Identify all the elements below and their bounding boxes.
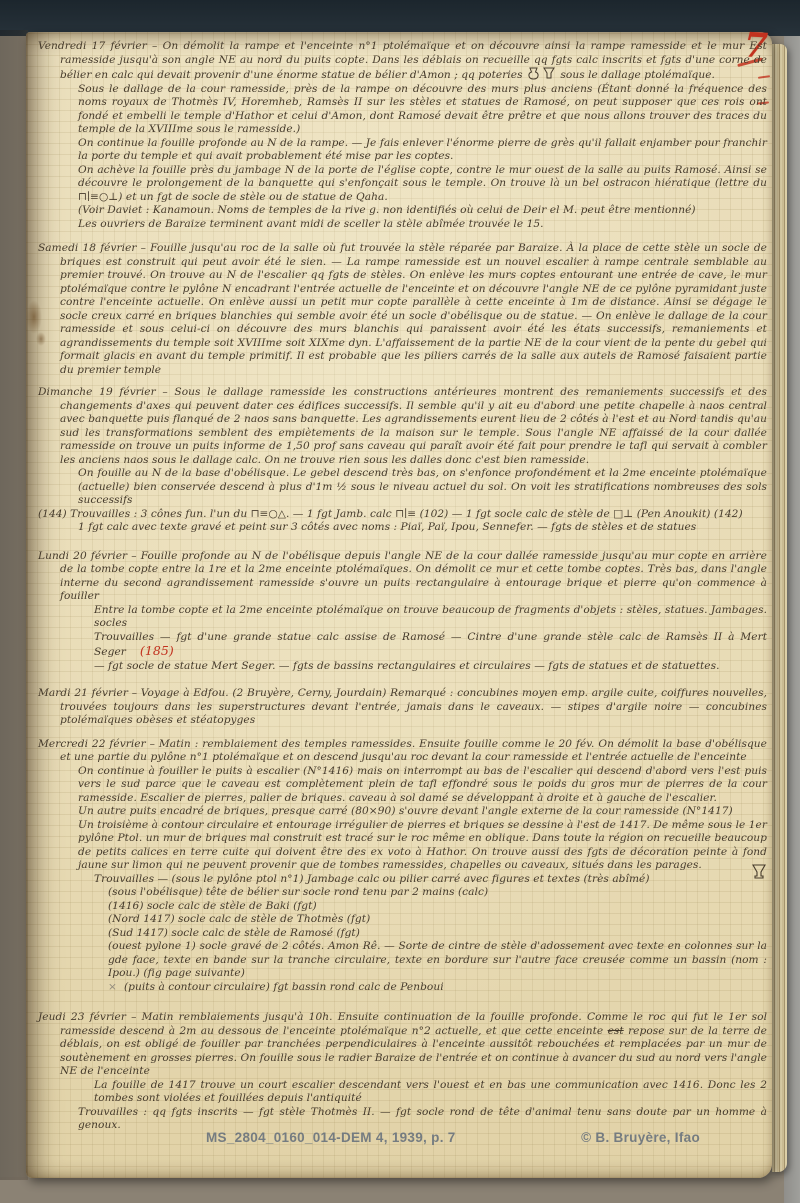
entry-paragraph: On continue la fouille profonde au N de … [38, 137, 767, 164]
entry-paragraph: La fouille de 1417 trouve un court escal… [38, 1079, 767, 1106]
entry-paragraph: Mercredi 22 février – Matin : remblaieme… [38, 738, 767, 765]
entry-paragraph: Un autre puits encadré de briques, presq… [38, 805, 767, 819]
entry-text: Voyage à Edfou. (2 Bruyère, Cerny, Jourd… [60, 687, 767, 726]
entry-paragraph: Trouvailles — (sous le pylône ptol n°1) … [38, 873, 767, 887]
pottery-sketch-icon [543, 67, 555, 80]
entry-paragraph: Mardi 21 février – Voyage à Edfou. (2 Br… [38, 687, 767, 728]
diary-entry-wednesday-22: Mercredi 22 février – Matin : remblaieme… [38, 738, 767, 995]
diary-content: Vendredi 17 février – On démolit la ramp… [38, 40, 767, 1133]
entry-paragraph: (ouest pylone 1) socle gravé de 2 côtés.… [38, 940, 767, 981]
entry-paragraph: (Sud 1417) socle calc de stèle de Ramosé… [38, 927, 767, 941]
entry-date: Mercredi 22 février – [38, 738, 155, 750]
entry-paragraph: Trouvailles — fgt d'une grande statue ca… [38, 631, 767, 660]
entry-date: Vendredi 17 février – [38, 40, 157, 52]
entry-paragraph: On continue à fouiller le puits à escali… [38, 765, 767, 806]
entry-paragraph: — fgt socle de statue Mert Seger. — fgts… [38, 660, 767, 674]
watermark-caption: MS_2804_0160_014-DEM 4, 1939, p. 7 © B. … [206, 1130, 700, 1145]
entry-paragraph: Jeudi 23 février – Matin remblaiements j… [38, 1011, 767, 1079]
entry-paragraph: (144) Trouvailles : 3 cônes fun. l'un du… [38, 508, 767, 522]
struck-word: est [608, 1025, 624, 1037]
diary-entry-monday-20: Lundi 20 février – Fouille profonde au N… [38, 550, 767, 674]
entry-paragraph: Les ouvriers de Baraize terminent avant … [38, 218, 767, 232]
red-reference-number: (185) [140, 643, 174, 658]
entry-paragraph: Lundi 20 février – Fouille profonde au N… [38, 550, 767, 604]
photo-background: 7 Vendredi 17 février – On démolit la ra… [0, 0, 800, 1203]
entry-paragraph: Sous le dallage de la cour ramesside, pr… [38, 83, 767, 137]
entry-paragraph: Un troisième à contour circulaire et ent… [38, 819, 767, 873]
entry-text: Fouille jusqu'au roc de la salle où fut … [60, 242, 767, 376]
calice-sketch-icon [752, 864, 766, 883]
entry-text: Trouvailles — fgt d'une grande statue ca… [94, 631, 767, 659]
entry-paragraph: (Nord 1417) socle calc de stèle de Thotm… [38, 913, 767, 927]
entry-paragraph: (1416) socle calc de stèle de Baki (fgt) [38, 900, 767, 914]
entry-paragraph: Vendredi 17 février – On démolit la ramp… [38, 40, 767, 83]
margin-cross-mark: × [108, 981, 117, 993]
entry-text: sous le dallage ptolémaïque. [560, 69, 715, 81]
diary-entry-thursday-23: Jeudi 23 février – Matin remblaiements j… [38, 1011, 767, 1133]
entry-date: Jeudi 23 février – [38, 1011, 136, 1023]
diary-entry-friday-17: Vendredi 17 février – On démolit la ramp… [38, 40, 767, 231]
diary-entry-tuesday-21: Mardi 21 février – Voyage à Edfou. (2 Br… [38, 687, 767, 728]
watermark-id-text: MS_2804_0160_014-DEM 4, 1939, p. 7 [206, 1130, 456, 1145]
photo-background-bottom [0, 1177, 800, 1203]
entry-paragraph: Trouvailles : qq fgts inscrits — fgt stè… [38, 1106, 767, 1133]
entry-paragraph: ×(puits à contour circulaire) fgt bassin… [38, 981, 767, 995]
entry-text: Fouille profonde au N de l'obélisque dep… [60, 550, 767, 603]
entry-paragraph: (Voir Daviet : Kanamoun. Noms de temples… [38, 204, 767, 218]
entry-paragraph: Samedi 18 février – Fouille jusqu'au roc… [38, 242, 767, 377]
entry-date: Samedi 18 février – [38, 242, 146, 254]
photo-background-top [0, 0, 800, 36]
entry-text: (puits à contour circulaire) fgt bassin … [124, 981, 444, 993]
binding-shadow [0, 30, 28, 1180]
entry-paragraph: Dimanche 19 février – Sous le dallage ra… [38, 386, 767, 467]
pottery-sketch-icon [528, 67, 539, 80]
notebook-page: 7 Vendredi 17 février – On démolit la ra… [26, 32, 772, 1178]
entry-date: Dimanche 19 février – [38, 386, 168, 398]
diary-entry-sunday-19: Dimanche 19 février – Sous le dallage ra… [38, 386, 767, 535]
entry-paragraph: 1 fgt calc avec texte gravé et peint sur… [38, 521, 767, 535]
watermark-credit-text: © B. Bruyère, Ifao [581, 1130, 700, 1145]
entry-paragraph: (sous l'obélisque) tête de bélier sur so… [38, 886, 767, 900]
diary-entry-saturday-18: Samedi 18 février – Fouille jusqu'au roc… [38, 242, 767, 377]
entry-date: Lundi 20 février – [38, 550, 137, 562]
page-edge-stack [772, 44, 787, 1172]
entry-date: Mardi 21 février – [38, 687, 137, 699]
entry-paragraph: On achève la fouille près du jambage N d… [38, 164, 767, 205]
entry-text: Matin : remblaiement des temples ramessi… [60, 738, 767, 764]
entry-paragraph: On fouille au N de la base d'obélisque. … [38, 467, 767, 508]
entry-paragraph: Entre la tombe copte et la 2me enceinte … [38, 604, 767, 631]
